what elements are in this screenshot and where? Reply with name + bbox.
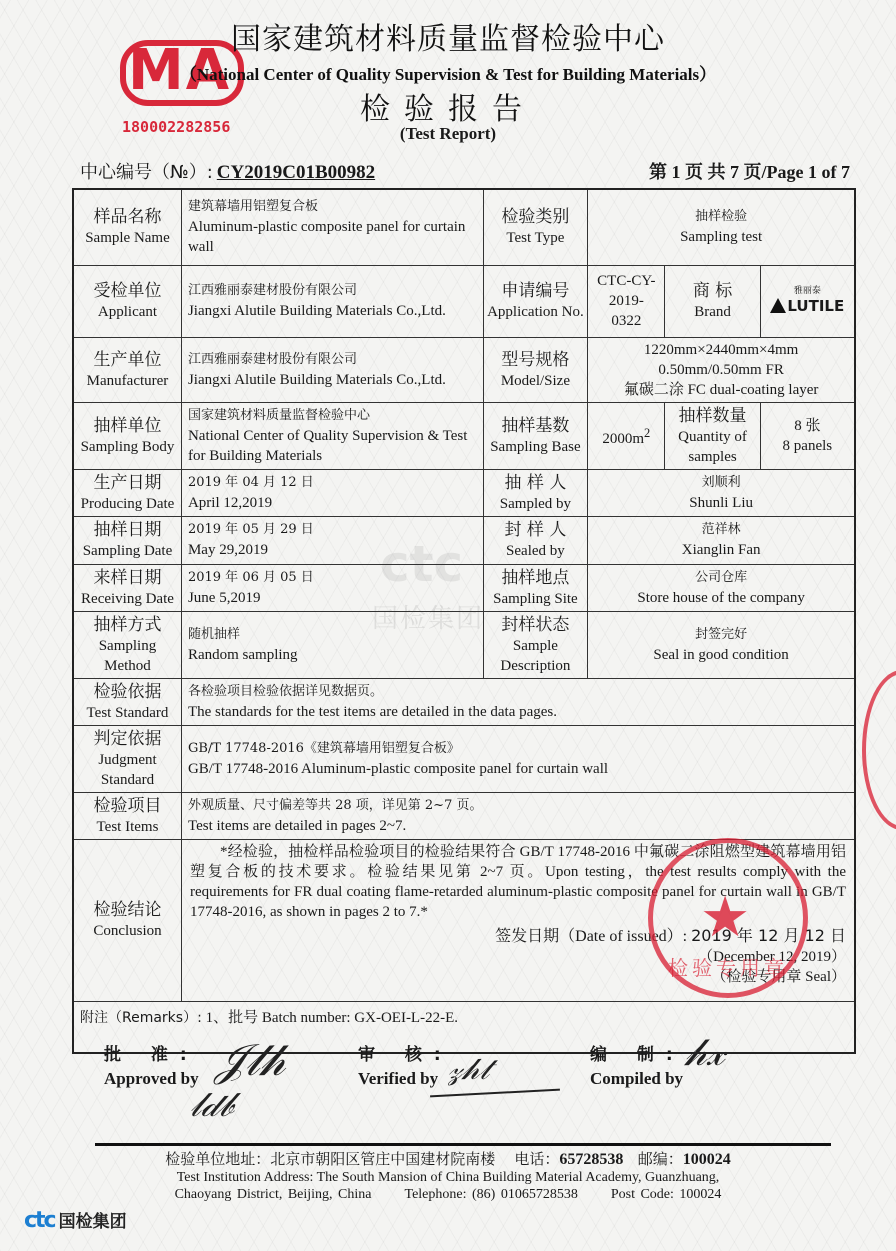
sampling-method-label: 抽样方式Sampling Method — [73, 611, 181, 678]
seal-star-icon: ★ — [700, 890, 750, 946]
sampling-method-value: 随机抽样Random sampling — [181, 611, 483, 678]
triangle-a-icon — [770, 298, 786, 313]
table-row: 检验项目Test Items 外观质量、尺寸偏差等共 28 项，详见第 2~7 … — [73, 792, 855, 839]
table-row: 检验依据Test Standard 各检验项目检验依据详见数据页。The sta… — [73, 678, 855, 725]
applicant-label: 受检单位Applicant — [73, 265, 181, 337]
producing-date-value: 2019 年 04 月 12 日April 12,2019 — [181, 469, 483, 516]
model-size-value: 1220mm×2440mm×4mm 0.50mm/0.50mm FR 氟碳二涂 … — [588, 337, 855, 402]
sampling-date-value: 2019 年 05 月 29 日May 29,2019 — [181, 516, 483, 564]
approved-signature-2: 𝓁𝒹𝒷 — [190, 1085, 233, 1125]
sample-description-value: 封签完好Seal in good condition — [588, 611, 855, 678]
page-indicator: 第 1 页 共 7 页/Page 1 of 7 — [649, 158, 850, 184]
test-standard-value: 各检验项目检验依据详见数据页。The standards for the tes… — [181, 678, 855, 725]
verified-signature: 𝓏𝒽𝓉 — [448, 1052, 489, 1087]
center-number: 中心编号（№）:CY2019C01B00982 — [80, 158, 375, 184]
brand-logo-cn: 雅丽泰 — [767, 286, 848, 296]
remarks-value: 1、批号 Batch number: GX-OEI-L-22-E. — [206, 1010, 458, 1026]
judgment-standard-value: GB/T 17748-2016《建筑幕墙用铝塑复合板》GB/T 17748-20… — [181, 725, 855, 792]
model-size-label: 型号规格Model/Size — [483, 337, 588, 402]
compiled-signature: 𝒽𝓍 — [685, 1030, 725, 1075]
test-standard-label: 检验依据Test Standard — [73, 678, 181, 725]
footer-contact-en: Chaoyang District, Beijing, China Teleph… — [0, 1187, 896, 1203]
footer-divider — [95, 1143, 831, 1146]
remarks-label: 附注（Remarks）: — [80, 1010, 202, 1026]
brand-logo-text: LUTILE — [787, 297, 844, 315]
receiving-date-value: 2019 年 06 月 05 日June 5,2019 — [181, 564, 483, 611]
table-row: 来样日期Receiving Date 2019 年 06 月 05 日June … — [73, 564, 855, 611]
verified-by: 审 核: Verified by — [358, 1040, 453, 1089]
sampling-date-label: 抽样日期Sampling Date — [73, 516, 181, 564]
sampled-by-label: 抽 样 人Sampled by — [483, 469, 588, 516]
table-row: 抽样日期Sampling Date 2019 年 05 月 29 日May 29… — [73, 516, 855, 564]
sampling-body-label: 抽样单位Sampling Body — [73, 402, 181, 469]
sampled-by-value: 刘顺利Shunli Liu — [588, 469, 855, 516]
table-row: 抽样方式Sampling Method 随机抽样Random sampling … — [73, 611, 855, 678]
test-items-label: 检验项目Test Items — [73, 792, 181, 839]
report-title-cn: 检验报告 — [0, 84, 896, 128]
quantity-label: 抽样数量Quantity of samples — [665, 402, 760, 469]
receiving-date-label: 来样日期Receiving Date — [73, 564, 181, 611]
approved-signature: 𝒥𝓁𝒽 — [215, 1035, 285, 1086]
application-no-value: CTC-CY-2019-0322 — [588, 265, 665, 337]
quantity-value: 8 张8 panels — [760, 402, 855, 469]
test-type-label: 检验类别Test Type — [483, 189, 588, 265]
sample-description-label: 封样状态Sample Description — [483, 611, 588, 678]
manufacturer-label: 生产单位Manufacturer — [73, 337, 181, 402]
test-items-value: 外观质量、尺寸偏差等共 28 项，详见第 2~7 页。Test items ar… — [181, 792, 855, 839]
sealed-by-label: 封 样 人Sealed by — [483, 516, 588, 564]
ctc-logo-mark: ctc — [24, 1208, 55, 1233]
seal-text: 检验专用章 — [668, 952, 788, 981]
institution-title-en: （National Center of Quality Supervision … — [0, 60, 896, 85]
table-row: 样品名称Sample Name 建筑幕墙用铝塑复合板Aluminum-plast… — [73, 189, 855, 265]
brand-label: 商 标Brand — [665, 265, 760, 337]
report-title-en: (Test Report) — [0, 124, 896, 144]
institution-title-cn: 国家建筑材料质量监督检验中心 — [0, 14, 896, 58]
judgment-standard-label: 判定依据Judgment Standard — [73, 725, 181, 792]
center-number-label: 中心编号（№）: — [80, 162, 213, 183]
sample-name-value: 建筑幕墙用铝塑复合板Aluminum-plastic composite pan… — [181, 189, 483, 265]
sampling-base-label: 抽样基数Sampling Base — [483, 402, 588, 469]
footer-address-cn: 检验单位地址：北京市朝阳区管庄中国建材院南楼 电话：65728538 邮编：10… — [0, 1148, 896, 1169]
sealed-by-value: 范祥林Xianglin Fan — [588, 516, 855, 564]
center-number-value: CY2019C01B00982 — [217, 162, 375, 183]
conclusion-label: 检验结论Conclusion — [73, 839, 181, 1001]
test-type-value: 抽样检验Sampling test — [588, 189, 855, 265]
table-row: 生产日期Producing Date 2019 年 04 月 12 日April… — [73, 469, 855, 516]
sampling-site-value: 公司仓库Store house of the company — [588, 564, 855, 611]
table-row: 抽样单位Sampling Body 国家建筑材料质量监督检验中心National… — [73, 402, 855, 469]
sampling-body-value: 国家建筑材料质量监督检验中心National Center of Quality… — [181, 402, 483, 469]
approved-by: 批 准: Approved by — [104, 1040, 199, 1089]
application-no-label: 申请编号Application No. — [483, 265, 588, 337]
applicant-value: 江西雅丽泰建材股份有限公司Jiangxi Alutile Building Ma… — [181, 265, 483, 337]
sampling-site-label: 抽样地点Sampling Site — [483, 564, 588, 611]
ctc-logo: ctc国检集团 — [24, 1207, 127, 1233]
manufacturer-value: 江西雅丽泰建材股份有限公司Jiangxi Alutile Building Ma… — [181, 337, 483, 402]
brand-logo: 雅丽泰 LUTILE — [760, 265, 855, 337]
table-row: 生产单位Manufacturer 江西雅丽泰建材股份有限公司Jiangxi Al… — [73, 337, 855, 402]
footer-address-en: Test Institution Address: The South Mans… — [0, 1170, 896, 1186]
table-row: 受检单位Applicant 江西雅丽泰建材股份有限公司Jiangxi Aluti… — [73, 265, 855, 337]
sampling-base-value: 2000m2 — [588, 402, 665, 469]
producing-date-label: 生产日期Producing Date — [73, 469, 181, 516]
compiled-by: 编 制: Compiled by — [590, 1040, 685, 1089]
sample-name-label: 样品名称Sample Name — [73, 189, 181, 265]
edge-seal — [862, 670, 896, 830]
signature-stroke — [430, 1089, 560, 1098]
table-row: 判定依据Judgment Standard GB/T 17748-2016《建筑… — [73, 725, 855, 792]
ctc-logo-text: 国检集团 — [59, 1212, 127, 1232]
